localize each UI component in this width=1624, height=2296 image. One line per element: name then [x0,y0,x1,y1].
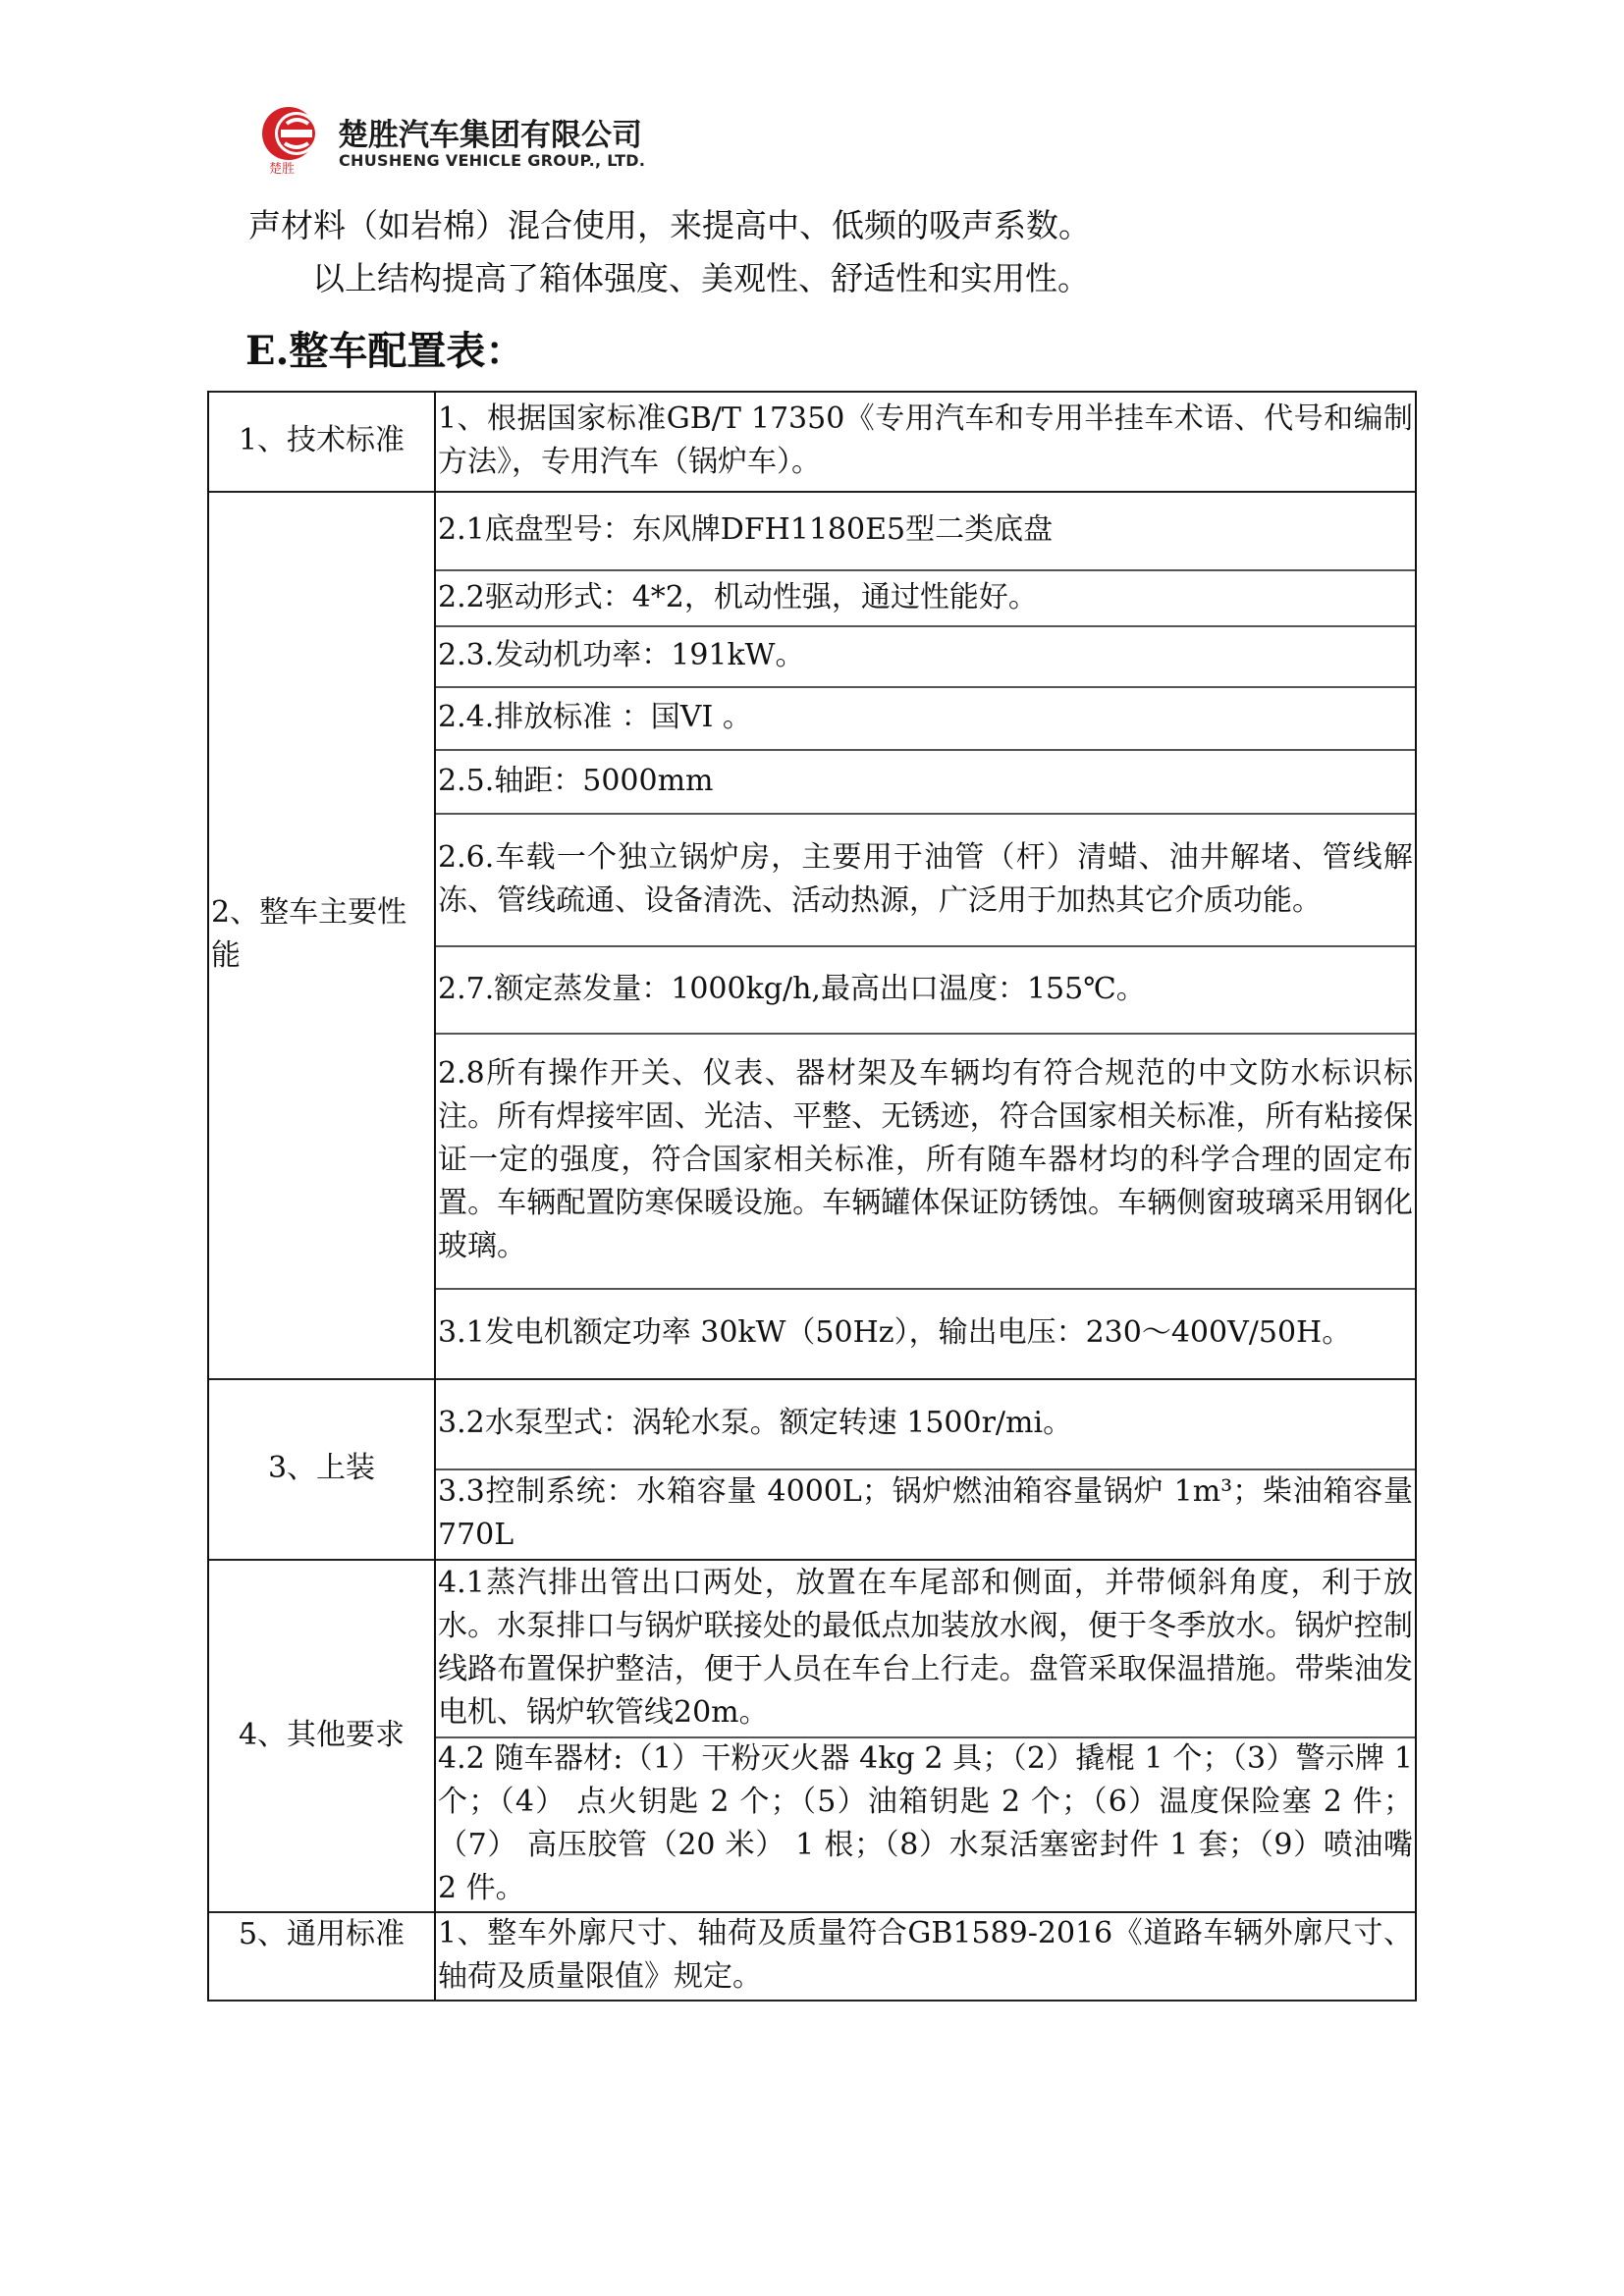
table-cell-2-5: 2.5.轴距：5000mm [434,749,1417,813]
table-cell-3-2: 3.2水泵型式：涡轮水泵。额定转速 1500r/mi。 [434,1378,1417,1468]
table-border-bottom [207,2000,1417,2002]
table-cell-4-2: 4.2 随车器材:（1）干粉灭火器 4kg 2 具；（2）撬棍 1 个；（3）警… [434,1736,1417,1911]
company-logo: 楚胜 楚胜汽车集团有限公司 CHUSHENG VEHICLE GROUP., L… [257,104,689,175]
company-name-en: CHUSHENG VEHICLE GROUP., LTD. [339,151,645,170]
chusheng-logo-icon: 楚胜 [257,104,324,175]
section-heading: E.整车配置表： [245,326,524,377]
svg-text:楚胜: 楚胜 [269,161,295,175]
body-paragraph-1: 声材料（如岩棉）混合使用，来提高中、低频的吸声系数。 [248,204,1091,247]
table-cell-2-6: 2.6.车载一个独立锅炉房，主要用于油管（杆）清蜡、油井解堵、管线解冻、管线疏通… [434,813,1417,945]
company-name-cn: 楚胜汽车集团有限公司 [338,110,642,154]
table-cell-2-3: 2.3.发动机功率：191kW。 [434,625,1417,686]
section-label-3: 3、上装 [207,1378,434,1559]
table-cell-2-4: 2.4.排放标准 ：国VI 。 [434,686,1417,749]
body-paragraph-2: 以上结构提高了箱体强度、美观性、舒适性和实用性。 [312,257,1090,300]
section-label-1: 1、技术标准 [207,391,434,491]
section-label-4: 4、其他要求 [207,1559,434,1911]
table-cell-5-1: 1、整车外廓尺寸、轴荷及质量符合GB1589-2016《道路车辆外廓尺寸、轴荷及… [434,1911,1417,2000]
section-label-2: 2、整车主要性能 [207,491,434,1378]
table-cell-2-1: 2.1底盘型号：东风牌DFH1180E5型二类底盘 [434,491,1417,569]
section-label-5: 5、通用标准 [207,1911,434,2000]
table-cell-2-8: 2.8所有操作开关、仪表、器材架及车辆均有符合规范的中文防水标识标注。所有焊接牢… [434,1033,1417,1288]
table-cell-3-1: 3.1发电机额定功率 30kW（50Hz），输出电压：230～400V/50H。 [434,1288,1417,1378]
table-cell-1-1: 1、根据国家标准GB/T 17350《专用汽车和专用半挂车术语、代号和编制方法》… [434,391,1417,491]
table-cell-2-7: 2.7.额定蒸发量：1000kg/h,最高出口温度：155℃。 [434,945,1417,1033]
table-cell-2-2: 2.2驱动形式：4*2，机动性强，通过性能好。 [434,569,1417,625]
table-cell-3-3: 3.3控制系统：水箱容量 4000L；锅炉燃油箱容量锅炉 1m³；柴油箱容量 7… [434,1468,1417,1559]
table-cell-4-1: 4.1蒸汽排出管出口两处，放置在车尾部和侧面，并带倾斜角度，利于放水。水泵排口与… [434,1559,1417,1736]
